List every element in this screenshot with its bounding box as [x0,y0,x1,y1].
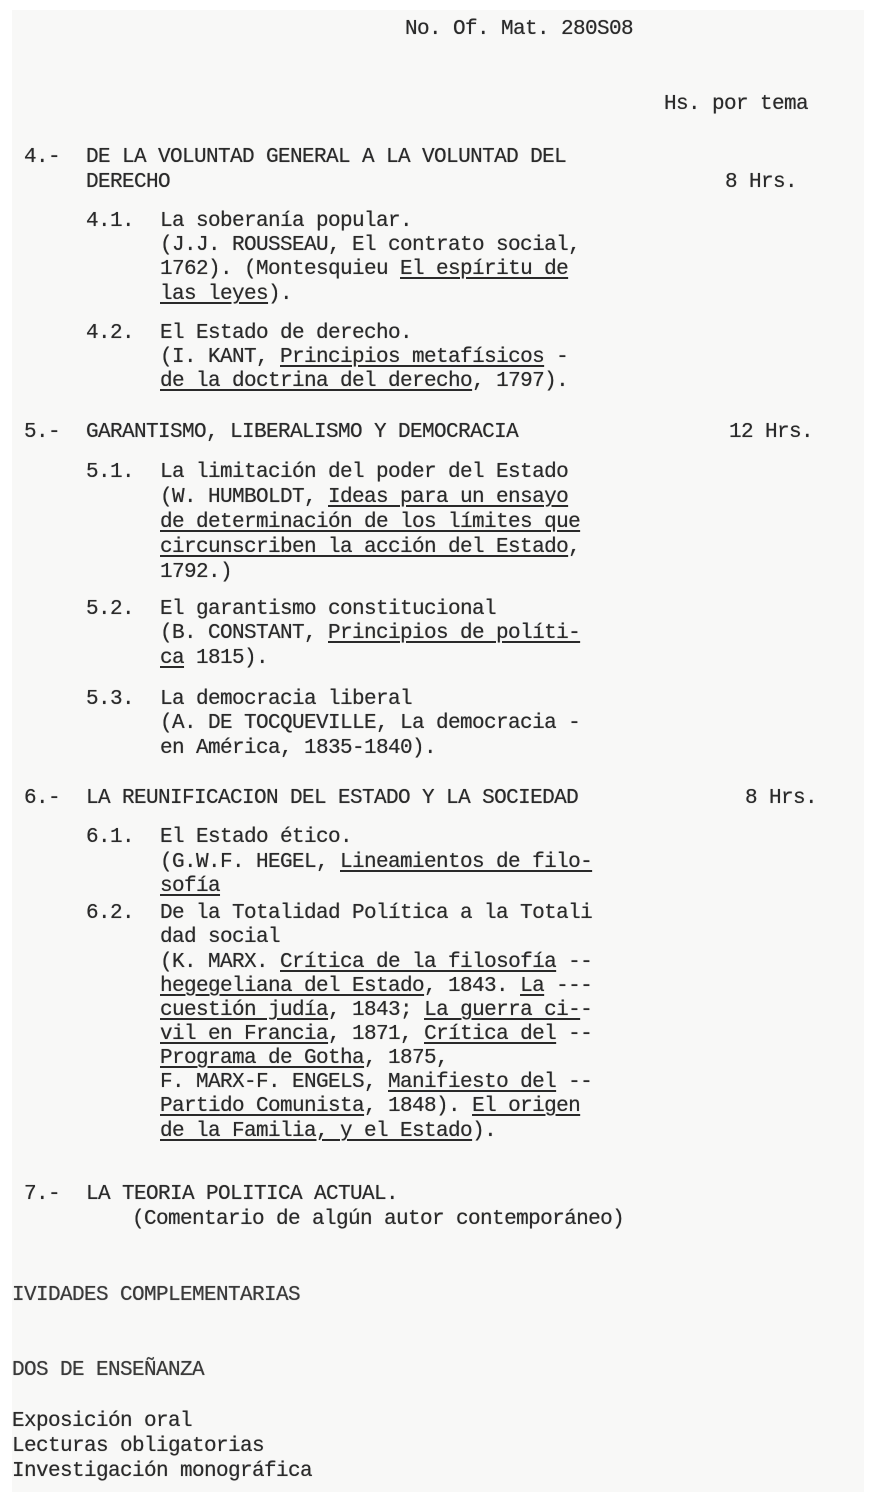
subtopic-6-1-reference: (G.W.F. HEGEL, Lineamientos de filo- [160,851,592,875]
topic-4-number: 4.- [24,146,60,170]
subtopic-6-2-reference: vil en Francia, 1871, Crítica del -- [160,1023,592,1047]
subtopic-6-1-title: El Estado ético. [160,826,352,850]
subtopic-6-2-reference: cuestión judía, 1843; La guerra ci-- [160,999,592,1023]
subtopic-5-1-reference: circunscriben la acción del Estado, [160,536,580,560]
subtopic-4-2-reference: de la doctrina del derecho, 1797). [160,370,568,394]
teaching-method-item: Lecturas obligatorias [12,1435,264,1459]
hours-column-label: Hs. por tema [664,93,808,117]
complementary-activities-heading: IVIDADES COMPLEMENTARIAS [12,1284,300,1308]
subtopic-5-1-reference: (W. HUMBOLDT, Ideas para un ensayo [160,486,568,510]
subtopic-6-2-reference: Programa de Gotha, 1875, [160,1047,448,1071]
subtopic-6-2-reference: dad social [160,926,280,950]
subtopic-5-1-reference: de determinación de los límites que [160,511,580,535]
subtopic-4-1-reference: 1762). (Montesquieu El espíritu de [160,258,568,282]
subtopic-6-1-number: 6.1. [86,826,134,850]
subtopic-4-1-title: La soberanía popular. [160,210,412,234]
teaching-method-item: Exposición oral [12,1410,192,1434]
subtopic-5-3-reference: (A. DE TOCQUEVILLE, La democracia - [160,712,580,736]
document-page [12,10,864,1492]
subtopic-6-2-reference: F. MARX-F. ENGELS, Manifiesto del -- [160,1071,592,1095]
teaching-method-item: Investigación monográfica [12,1460,312,1484]
subtopic-6-1-reference: sofía [160,875,220,899]
subtopic-5-1-reference: 1792.) [160,561,232,585]
subtopic-5-1-title: La limitación del poder del Estado [160,461,568,485]
topic-4-title-line1: DE LA VOLUNTAD GENERAL A LA VOLUNTAD DEL [86,146,566,170]
topic-5-number: 5.- [24,421,60,445]
topic-7-number: 7.- [24,1183,60,1207]
teaching-methods-heading: DOS DE ENSEÑANZA [12,1359,204,1383]
subtopic-6-2-reference: Partido Comunista, 1848). El origen [160,1095,580,1119]
topic-6-hours: 8 Hrs. [745,787,817,811]
topic-5-title: GARANTISMO, LIBERALISMO Y DEMOCRACIA [86,421,518,445]
subtopic-4-2-reference: (I. KANT, Principios metafísicos - [160,346,568,370]
subtopic-5-2-reference: ca 1815). [160,647,268,671]
topic-4-hours: 8 Hrs. [725,171,797,195]
topic-6-title: LA REUNIFICACION DEL ESTADO Y LA SOCIEDA… [86,787,578,811]
subtopic-4-1-number: 4.1. [86,210,134,234]
subtopic-6-2-reference: hegegeliana del Estado, 1843. La --- [160,975,592,999]
subtopic-6-2-number: 6.2. [86,902,134,926]
subtopic-5-3-reference: en América, 1835-1840). [160,737,436,761]
subtopic-4-2-title: El Estado de derecho. [160,322,412,346]
subtopic-5-3-title: La democracia liberal [160,688,412,712]
subtopic-6-2-reference: de la Familia, y el Estado). [160,1120,496,1144]
subtopic-4-2-number: 4.2. [86,322,134,346]
subtopic-5-2-title: El garantismo constitucional [160,598,496,622]
course-code: No. Of. Mat. 280S08 [405,18,633,42]
topic-7-note: (Comentario de algún autor contemporáneo… [132,1208,624,1232]
topic-5-hours: 12 Hrs. [729,421,813,445]
subtopic-6-2-title: De la Totalidad Política a la Totali [160,902,592,926]
topic-4-title-line2: DERECHO [86,171,170,195]
subtopic-4-1-reference: (J.J. ROUSSEAU, El contrato social, [160,234,580,258]
subtopic-5-2-number: 5.2. [86,598,134,622]
subtopic-5-3-number: 5.3. [86,688,134,712]
topic-6-number: 6.- [24,787,60,811]
topic-7-title: LA TEORIA POLITICA ACTUAL. [86,1183,398,1207]
subtopic-4-1-reference: las leyes). [160,283,292,307]
subtopic-5-2-reference: (B. CONSTANT, Principios de políti- [160,622,580,646]
subtopic-6-2-reference: (K. MARX. Crítica de la filosofía -- [160,951,592,975]
subtopic-5-1-number: 5.1. [86,461,134,485]
